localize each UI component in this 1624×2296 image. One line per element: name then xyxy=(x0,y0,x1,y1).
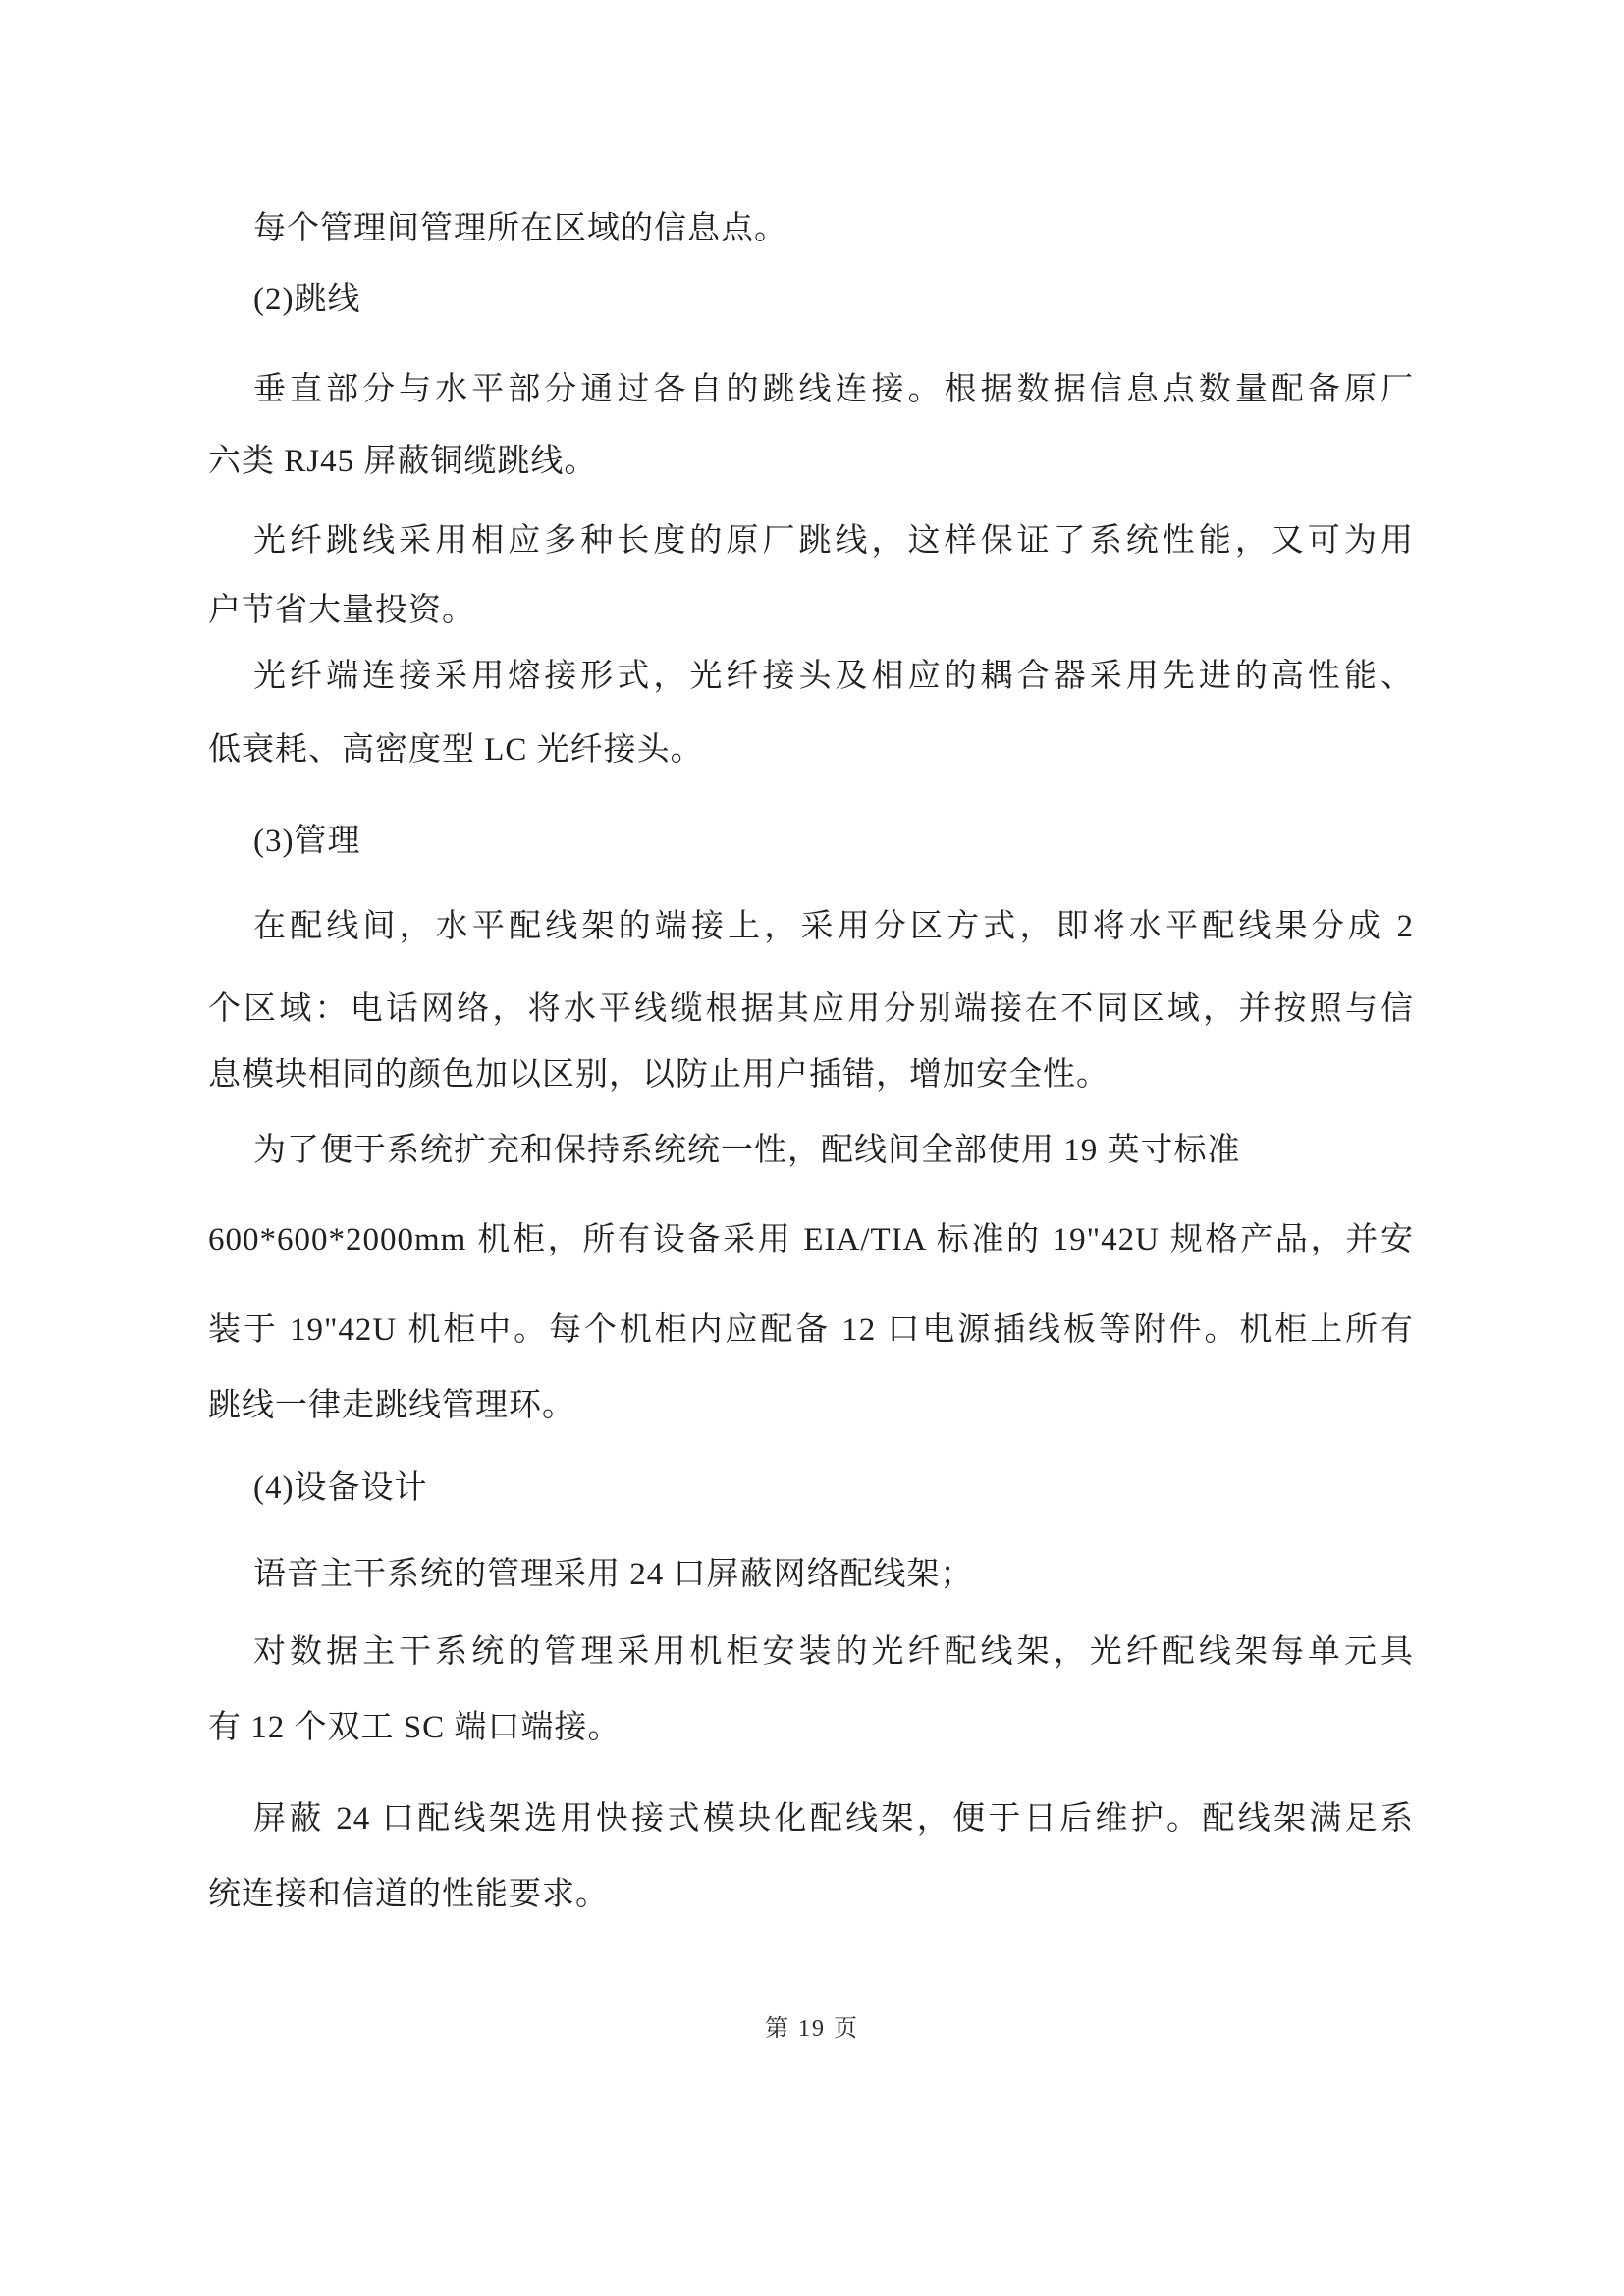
text-line: 屏蔽 24 口配线架选用快接式模块化配线架，便于日后维护。配线架满足系 xyxy=(208,1797,1414,1841)
text-line: 装于 19"42U 机柜中。每个机柜内应配备 12 口电源插线板等附件。机柜上所… xyxy=(208,1308,1414,1352)
document-page: 每个管理间管理所在区域的信息点。(2)跳线垂直部分与水平部分通过各自的跳线连接。… xyxy=(0,0,1624,2296)
text-line: 600*600*2000mm 机柜，所有设备采用 EIA/TIA 标准的 19"… xyxy=(208,1218,1414,1261)
text-line: (4)设备设计 xyxy=(208,1467,1414,1510)
text-line: 光纤跳线采用相应多种长度的原厂跳线，这样保证了系统性能，又可为用 xyxy=(208,519,1414,562)
text-line: 六类 RJ45 屏蔽铜缆跳线。 xyxy=(208,440,1414,483)
text-line: 为了便于系统扩充和保持系统统一性，配线间全部使用 19 英寸标准 xyxy=(208,1129,1414,1172)
text-line: 对数据主干系统的管理采用机柜安装的光纤配线架，光纤配线架每单元具 xyxy=(208,1630,1414,1674)
text-line: 个区域：电话网络，将水平线缆根据其应用分别端接在不同区域，并按照与信 xyxy=(208,988,1414,1031)
text-line: 有 12 个双工 SC 端口端接。 xyxy=(208,1706,1414,1749)
text-line: 光纤端连接采用熔接形式，光纤接头及相应的耦合器采用先进的高性能、 xyxy=(208,655,1414,698)
text-line: 垂直部分与水平部分通过各自的跳线连接。根据数据信息点数量配备原厂 xyxy=(208,368,1414,411)
text-line: 语音主干系统的管理采用 24 口屏蔽网络配线架； xyxy=(208,1553,1414,1596)
text-line: 户节省大量投资。 xyxy=(208,589,1414,632)
page-number: 第 19 页 xyxy=(0,2008,1624,2043)
text-line: (2)跳线 xyxy=(208,278,1414,321)
text-line: 每个管理间管理所在区域的信息点。 xyxy=(208,207,1414,250)
text-line: 在配线间，水平配线架的端接上，采用分区方式，即将水平配线果分成 2 xyxy=(208,905,1414,948)
text-line: (3)管理 xyxy=(208,820,1414,863)
document-body: 每个管理间管理所在区域的信息点。(2)跳线垂直部分与水平部分通过各自的跳线连接。… xyxy=(0,0,1624,2296)
text-line: 息模块相同的颜色加以区别，以防止用户插错，增加安全性。 xyxy=(208,1053,1414,1096)
text-line: 低衰耗、高密度型 LC 光纤接头。 xyxy=(208,728,1414,772)
text-line: 跳线一律走跳线管理环。 xyxy=(208,1384,1414,1427)
text-line: 统连接和信道的性能要求。 xyxy=(208,1873,1414,1916)
